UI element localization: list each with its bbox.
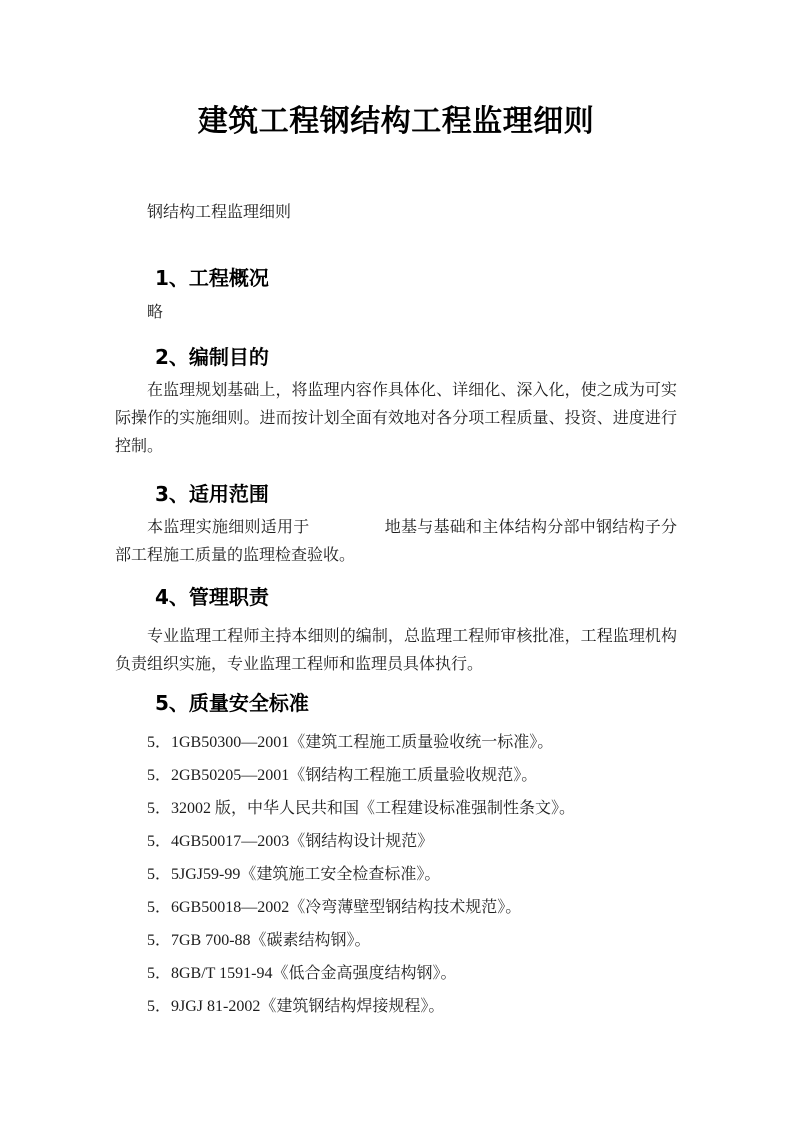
document-page: 建筑工程钢结构工程监理细则 钢结构工程监理细则 1、工程概况 略 2、编制目的 … (0, 0, 793, 1122)
section-heading-duties: 4、管理职责 (115, 582, 677, 612)
standard-item-9: 5．9JGJ 81-2002《建筑钢结构焊接规程》。 (115, 993, 677, 1021)
document-subtitle: 钢结构工程监理细则 (115, 199, 677, 227)
standard-item-5: 5．5JGJ59-99《建筑施工安全检查标准》。 (115, 861, 677, 889)
standard-item-6: 5．6GB50018—2002《冷弯薄壁型钢结构技术规范》。 (115, 894, 677, 922)
standard-item-8: 5．8GB/T 1591-94《低合金高强度结构钢》。 (115, 960, 677, 988)
standard-item-4: 5．4GB50017—2003《钢结构设计规范》 (115, 828, 677, 856)
standard-item-3: 5．32002 版，中华人民共和国《工程建设标准强制性条文》。 (115, 795, 677, 823)
paragraph-duties: 专业监理工程师主持本细则的编制，总监理工程师审核批准，工程监理机构负责组织实施，… (115, 623, 677, 679)
standard-item-1: 5．1GB50300—2001《建筑工程施工质量验收统一标准》。 (115, 729, 677, 757)
paragraph-overview: 略 (115, 299, 677, 327)
section-heading-overview: 1、工程概况 (115, 263, 677, 293)
document-title: 建筑工程钢结构工程监理细则 (115, 100, 677, 144)
section-heading-purpose: 2、编制目的 (115, 342, 677, 372)
document-content: 建筑工程钢结构工程监理细则 钢结构工程监理细则 1、工程概况 略 2、编制目的 … (0, 0, 793, 1021)
paragraph-scope-before-blank: 本监理实施细则适用于 (147, 519, 310, 536)
standard-item-7: 5．7GB 700-88《碳素结构钢》。 (115, 927, 677, 955)
paragraph-scope: 本监理实施细则适用于地基与基础和主体结构分部中钢结构子分部工程施工质量的监理检查… (115, 514, 677, 570)
blank-fill-in-space (310, 531, 385, 532)
section-heading-standards: 5、质量安全标准 (115, 688, 677, 718)
standard-item-2: 5．2GB50205—2001《钢结构工程施工质量验收规范》。 (115, 762, 677, 790)
paragraph-purpose: 在监理规划基础上，将监理内容作具体化、详细化、深入化，使之成为可实际操作的实施细… (115, 377, 677, 461)
section-heading-scope: 3、适用范围 (115, 479, 677, 509)
standards-list: 5．1GB50300—2001《建筑工程施工质量验收统一标准》。 5．2GB50… (115, 729, 677, 1021)
